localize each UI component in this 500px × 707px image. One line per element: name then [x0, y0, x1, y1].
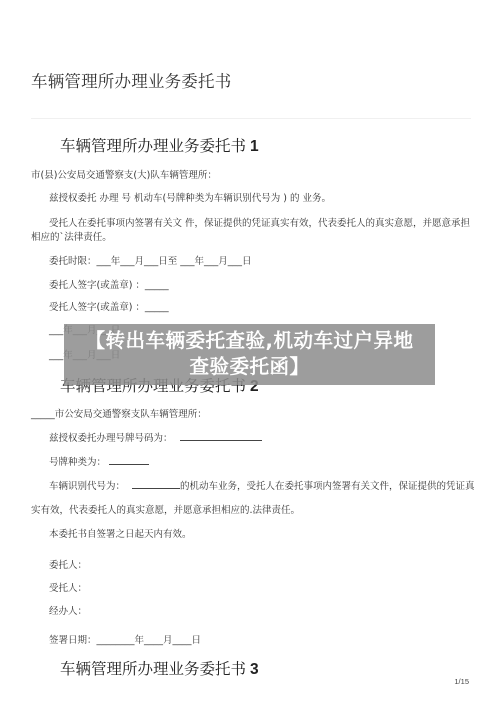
- doc2-handler: 经办人：: [49, 603, 87, 617]
- doc1-para-a: 受托人在委托事项内签署有关文 件，保证提供的凭证真实有效，代表委托人的真实意愿，…: [49, 215, 470, 229]
- doc2-plate-label: 兹授权委托办理号牌号码为：: [49, 433, 173, 444]
- doc3-heading-number: 3: [250, 661, 259, 678]
- doc1-authorize: 兹授权委托 办理 号 机动车(号牌种类为车辆识别代号为 ) 的 业务。: [49, 190, 331, 204]
- doc2-para-b: 实有效，代表委托人的真实意愿，并愿意承担相应的.法律责任。: [31, 502, 300, 516]
- doc2-sign-date: 签署日期：________年____月____日: [49, 632, 201, 646]
- banner-line-1: 【转出车辆委托查验,机动车过户异地: [64, 328, 435, 354]
- doc2-agent: 受托人：: [49, 580, 87, 594]
- plate-type-blank: [109, 455, 149, 465]
- doc2-plate-type-label: 号牌种类为：: [49, 457, 106, 468]
- doc3-heading: 车辆管理所办理业务委托书3: [60, 657, 259, 679]
- banner-line-2: 查验委托函】: [64, 354, 435, 380]
- title-banner-overlay: 【转出车辆委托查验,机动车过户异地 查验委托函】: [64, 324, 435, 385]
- doc1-period: 委托时限：___年___月___日至 ___年___月___日: [49, 253, 252, 267]
- doc2-addressee: _____市公安局交通警察支队车辆管理所：: [31, 406, 207, 420]
- doc2-validity: 本委托书自签署之日起天内有效。: [49, 526, 192, 540]
- doc1-heading: 车辆管理所办理业务委托书1: [60, 134, 259, 156]
- doc2-plate-type-line: 号牌种类为：: [49, 454, 149, 468]
- page-indicator: 1/15: [454, 677, 469, 686]
- doc2-vin-tail: 的机动车业务，受托人在委托事项内签署有关文件，保证提供的凭证真: [180, 481, 475, 492]
- doc1-heading-number: 1: [250, 138, 259, 155]
- vin-blank: [132, 479, 180, 489]
- doc3-heading-text: 车辆管理所办理业务委托书: [60, 660, 246, 678]
- page-title: 车辆管理所办理业务委托书: [31, 68, 231, 92]
- doc2-plate-line: 兹授权委托办理号牌号码为：: [49, 430, 262, 444]
- doc1-principal-sign: 委托人签字(或盖章) ：_____: [49, 277, 169, 291]
- doc2-vin-line: 车辆识别代号为： 的机动车业务，受托人在委托事项内签署有关文件，保证提供的凭证真: [49, 478, 475, 492]
- divider: [31, 118, 471, 119]
- doc1-para-b: 相应的`法律责任。: [31, 229, 112, 243]
- plate-number-blank: [180, 431, 262, 441]
- doc1-agent-sign: 受托人签字(或盖章) ：_____: [49, 299, 169, 313]
- doc1-addressee: 市(县)公安局交通警察支(大)队车辆管理所：: [31, 167, 217, 181]
- doc2-principal: 委托人：: [49, 557, 87, 571]
- doc2-vin-label: 车辆识别代号为：: [49, 481, 125, 492]
- doc1-heading-text: 车辆管理所办理业务委托书: [60, 137, 246, 155]
